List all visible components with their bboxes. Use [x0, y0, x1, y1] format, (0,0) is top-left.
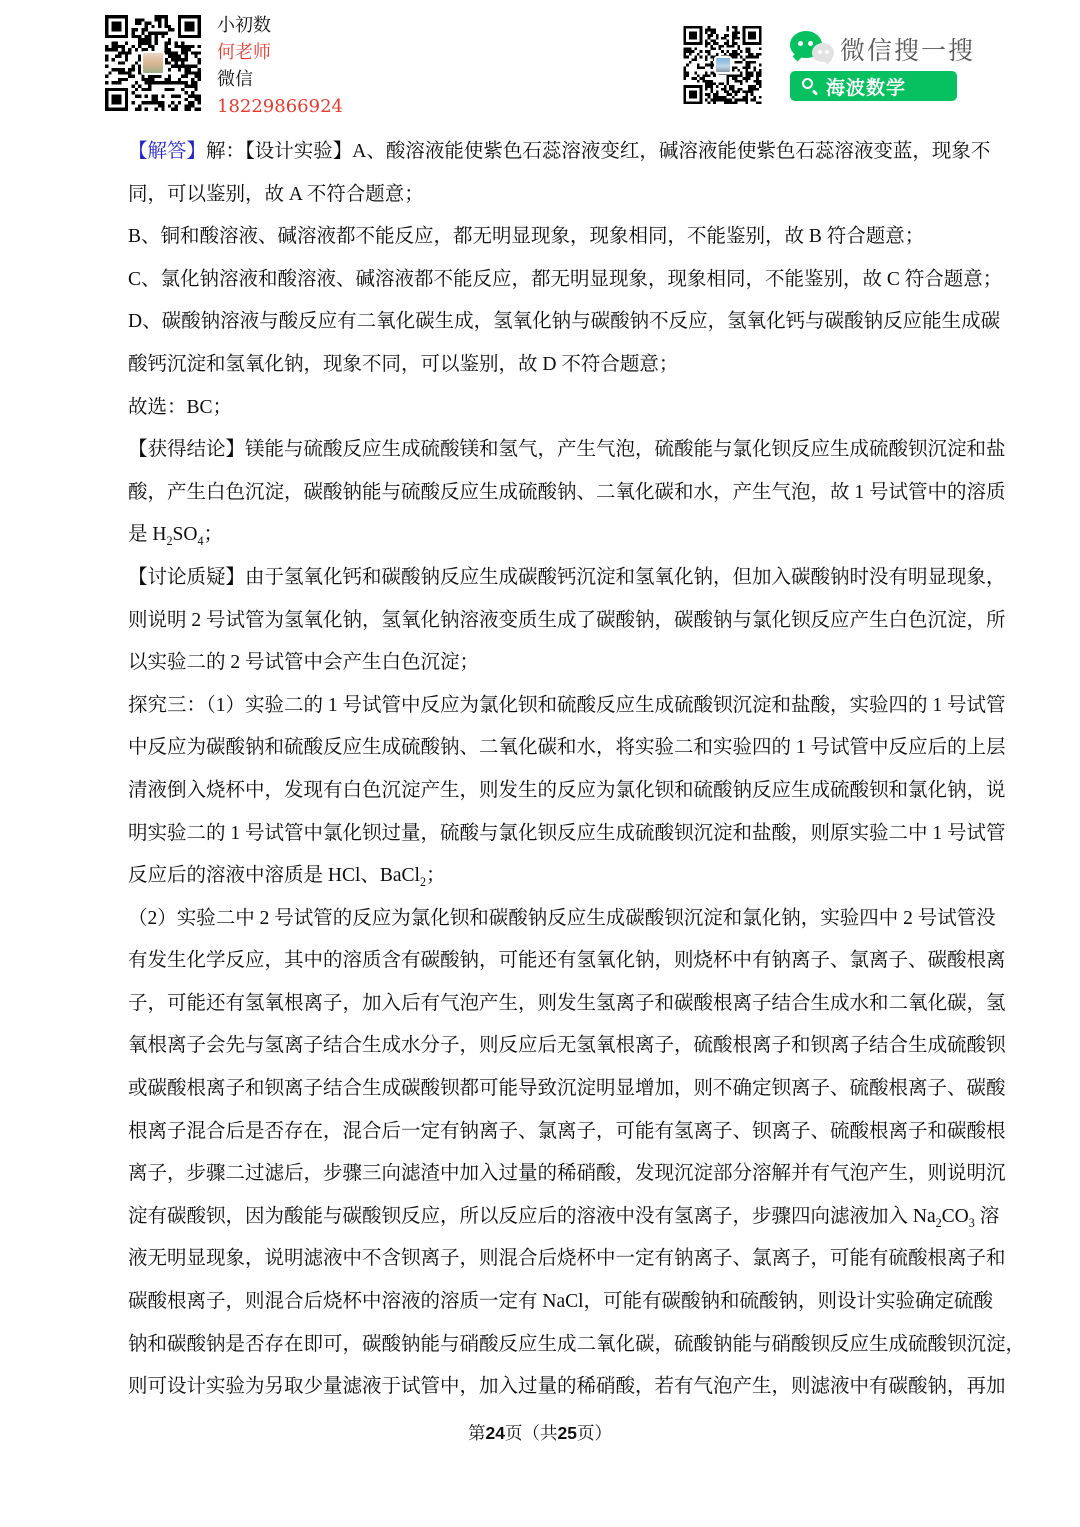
contact-phone-number: 18229866924: [217, 93, 343, 120]
text-line: 清液倒入烧杯中，发现有白色沉淀产生，则发生的反应为氯化钡和硫酸钠反应生成硫酸钡和…: [128, 770, 993, 813]
text-line: C、氯化钠溶液和酸溶液、碱溶液都不能反应，都无明显现象，现象相同，不能鉴别，故 …: [128, 259, 993, 302]
text-line: 氧根离子会先与氢离子结合生成水分子，则反应后无氢氧根离子，硫酸根离子和钡离子结合…: [128, 1025, 993, 1068]
text-line: 有发生化学反应，其中的溶质含有碳酸钠，可能还有氢氧化钠，则烧杯中有钠离子、氯离子…: [128, 940, 993, 983]
text-line: 同，可以鉴别，故 A 不符合题意；: [128, 174, 993, 217]
text-line: 液无明显现象，说明滤液中不含钡离子，则混合后烧杯中一定有钠离子、氯离子，可能有硫…: [128, 1238, 993, 1281]
text-line: 或碳酸根离子和钡离子结合生成碳酸钡都可能导致沉淀明显增加，则不确定钡离子、硫酸根…: [128, 1068, 993, 1111]
text-line: 中反应为碳酸钠和硫酸反应生成硫酸钠、二氧化碳和水，将实验二和实验四的 1 号试管…: [128, 727, 993, 770]
text-line: 以实验二的 2 号试管中会产生白色沉淀；: [128, 642, 993, 685]
wechat-search-label: 微信搜一搜: [840, 31, 975, 67]
text-line: 酸钙沉淀和氢氧化钠，现象不同，可以鉴别，故 D 不符合题意；: [128, 344, 993, 387]
wechat-bubble-small-icon: [812, 43, 834, 62]
search-icon: [802, 78, 818, 94]
wechat-qr-code: [683, 26, 762, 104]
text-line: 【讨论质疑】由于氢氧化钙和碳酸钠反应生成碳酸钙沉淀和氢氧化钠，但加入碳酸钠时没有…: [128, 557, 993, 600]
text-line: 离子，步骤二过滤后，步骤三向滤渣中加入过量的稀硝酸，发现沉淀部分溶解并有气泡产生…: [128, 1153, 993, 1196]
text-line: 【获得结论】镁能与硫酸反应生成硫酸镁和氢气，产生气泡，硫酸能与氯化钡反应生成硫酸…: [128, 429, 993, 472]
solution-text: 【解答】解：【设计实验】A、酸溶液能使紫色石蕊溶液变红，碱溶液能使紫色石蕊溶液变…: [128, 131, 993, 1409]
text-line: 则可设计实验为另取少量滤液于试管中，加入过量的稀硝酸，若有气泡产生，则滤液中有碳…: [128, 1366, 993, 1409]
text-line: 故选：BC；: [128, 387, 993, 430]
contact-subject: 小初数: [217, 12, 343, 39]
document-page: 小初数 何老师 微信 18229866924 微信搜一搜 海波数学: [0, 0, 1080, 1527]
contact-qr-code: [104, 15, 202, 111]
wechat-search-header: 微信搜一搜: [790, 30, 990, 68]
text-line: 碳酸根离子，则混合后烧杯中溶液的溶质一定有 NaCl，可能有碳酸钠和硫酸钠，则设…: [128, 1281, 993, 1324]
text-line: 反应后的溶液中溶质是 HCl、BaCl2；: [128, 855, 993, 898]
text-line: 【解答】解：【设计实验】A、酸溶液能使紫色石蕊溶液变红，碱溶液能使紫色石蕊溶液变…: [128, 131, 993, 174]
text-line: （2）实验二中 2 号试管的反应为氯化钡和碳酸钠反应生成碳酸钡沉淀和氯化钠，实验…: [128, 898, 993, 941]
text-line: 淀有碳酸钡，因为酸能与碳酸钡反应，所以反应后的溶液中没有氢离子，步骤四向滤液加入…: [128, 1196, 993, 1239]
wechat-search-promo: 微信搜一搜 海波数学: [790, 30, 990, 101]
text-line: 探究三：（1）实验二的 1 号试管中反应为氯化钡和硫酸反应生成硫酸钡沉淀和盐酸，…: [128, 685, 993, 728]
page-number: 第24页（共25页）: [0, 1420, 1080, 1445]
contact-info: 小初数 何老师 微信 18229866924: [217, 12, 343, 120]
wechat-search-pill: 海波数学: [790, 71, 957, 101]
text-line: 是 H2SO4；: [128, 514, 993, 557]
text-line: 明实验二的 1 号试管中氯化钡过量，硫酸与氯化钡反应生成硫酸钡沉淀和盐酸，则原实…: [128, 813, 993, 856]
text-line: 则说明 2 号试管为氢氧化钠，氢氧化钠溶液变质生成了碳酸钠，碳酸钠与氯化钡反应产…: [128, 600, 993, 643]
contact-teacher-name: 何老师: [217, 39, 343, 66]
text-line: 酸，产生白色沉淀，碳酸钠能与硫酸反应生成硫酸钠、二氧化碳和水，产生气泡，故 1 …: [128, 472, 993, 515]
wechat-search-query: 海波数学: [826, 73, 906, 100]
text-line: D、碳酸钠溶液与酸反应有二氧化碳生成，氢氧化钠与碳酸钠不反应，氢氧化钙与碳酸钠反…: [128, 301, 993, 344]
contact-avatar: [141, 51, 165, 75]
text-line: 钠和碳酸钠是否存在即可，碳酸钠能与硝酸反应生成二氧化碳，硫酸钠能与硝酸钡反应生成…: [128, 1324, 993, 1367]
text-line: B、铜和酸溶液、碱溶液都不能反应，都无明显现象，现象相同，不能鉴别，故 B 符合…: [128, 216, 993, 259]
wechat-qr-avatar: [714, 56, 732, 74]
contact-wechat-label: 微信: [217, 66, 343, 93]
text-line: 子，可能还有氢氧根离子，加入后有气泡产生，则发生氢离子和碳酸根离子结合生成水和二…: [128, 983, 993, 1026]
wechat-logo-icon: [790, 31, 836, 67]
text-line: 根离子混合后是否存在，混合后一定有钠离子、氯离子，可能有氢离子、钡离子、硫酸根离…: [128, 1111, 993, 1154]
